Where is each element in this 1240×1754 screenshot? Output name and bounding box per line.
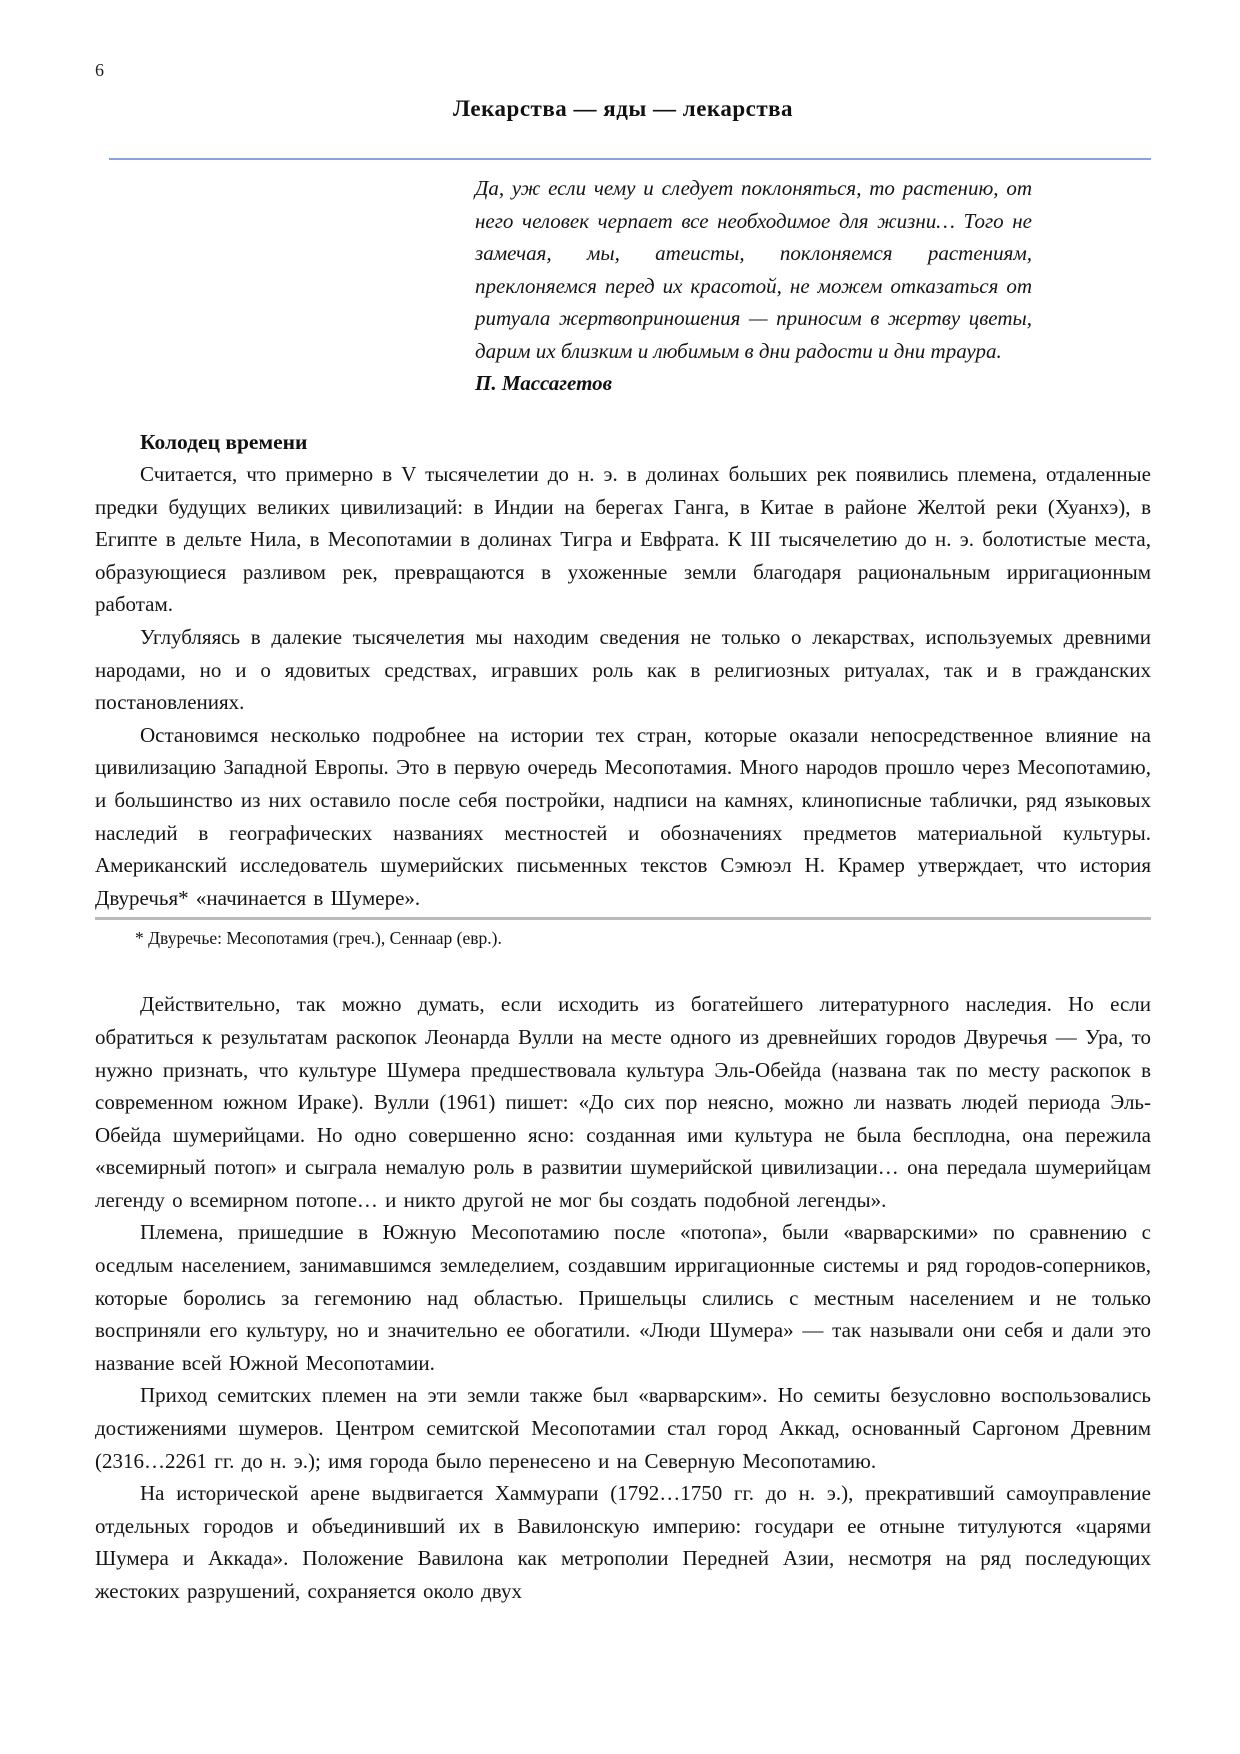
paragraph: Племена, пришедшие в Южную Месопотамию п… [95, 1216, 1151, 1379]
epigraph-text: Да, уж если чему и следует поклоняться, … [475, 172, 1032, 367]
page-content: Лекарства — яды — лекарства Да, уж если … [95, 96, 1151, 1608]
footnote-divider-rule [95, 917, 1151, 920]
page-number: 6 [95, 60, 104, 81]
chapter-title: Лекарства — яды — лекарства [95, 96, 1151, 122]
footnote-block: * Двуречье: Месопотамия (греч.), Сеннаар… [95, 917, 1151, 950]
title-divider-rule [109, 158, 1151, 160]
paragraph: Действительно, так можно думать, если ис… [95, 988, 1151, 1216]
footnote-text: * Двуречье: Месопотамия (греч.), Сеннаар… [95, 926, 1151, 950]
book-page: 6 Лекарства — яды — лекарства Да, уж есл… [0, 0, 1240, 1754]
section-heading: Колодец времени [140, 426, 1151, 459]
paragraph: Приход семитских племен на эти земли так… [95, 1379, 1151, 1477]
paragraph: Остановимся несколько подробнее на истор… [95, 719, 1151, 915]
epigraph-author: П. Массагетов [475, 367, 1151, 400]
paragraph: Углубляясь в далекие тысячелетия мы нахо… [95, 621, 1151, 719]
paragraph: Считается, что примерно в V тысячелетии … [95, 458, 1151, 621]
paragraph: На исторической арене выдвигается Хаммур… [95, 1477, 1151, 1607]
